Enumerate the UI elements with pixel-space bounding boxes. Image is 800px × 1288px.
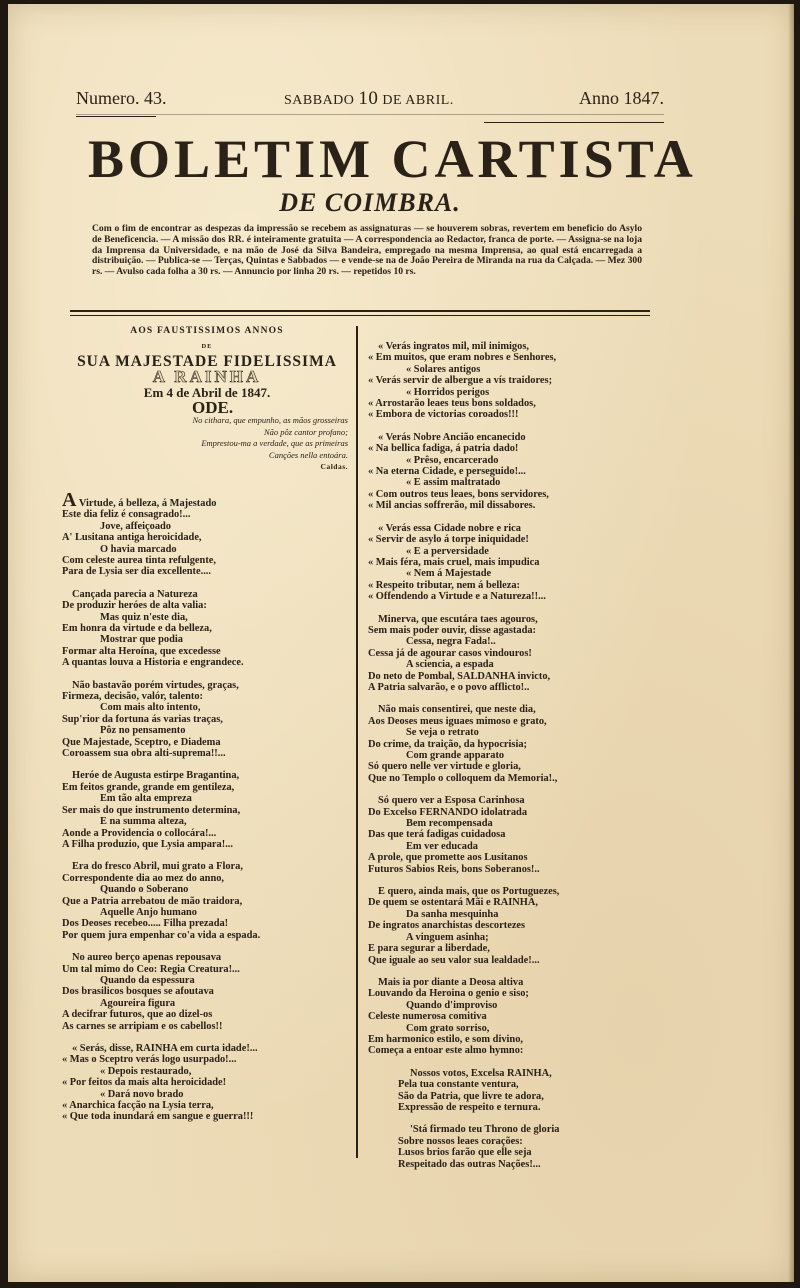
poem-line: Sobre nossos leaes corações: <box>398 1136 658 1147</box>
poem-line: A Filha produzio, que Lysia ampara!... <box>62 839 352 850</box>
poem-line: Mostrar que podia <box>62 634 352 645</box>
poem-line: Mais ia por diante a Deosa altiva <box>368 977 658 988</box>
poem-line: Não mais consentirei, que neste dia, <box>368 704 658 715</box>
poem-stanza: Heróe de Augusta estirpe Bragantina,Em f… <box>62 770 352 850</box>
poem-line: Se veja o retrato <box>368 727 658 738</box>
poem-left-stanzas: A Virtude, á belleza, á MajestadoEste di… <box>62 493 352 1123</box>
poem-stanza: « Verás ingratos mil, mil inimigos,« Em … <box>368 341 658 421</box>
poem-stanza: A Virtude, á belleza, á MajestadoEste di… <box>62 493 352 578</box>
issue-number: Numero. 43. <box>76 88 166 109</box>
poem-line: « Embora de victorias coroados!!! <box>368 409 658 420</box>
article-heading-line2: DE <box>62 341 352 352</box>
issue-date-day: 10 <box>358 88 378 109</box>
poem-line: Aquelle Anjo humano <box>62 907 352 918</box>
poem-line: Louvando da Heroina o genio e siso; <box>368 988 658 999</box>
poem-line: Em ver educada <box>368 841 658 852</box>
poem-line: A Patria salvarão, e o povo afflicto!.. <box>368 682 658 693</box>
masthead-info-row: Numero. 43. SABBADO 10 DE ABRIL. Anno 18… <box>76 88 664 112</box>
epigraph-line: Emprestou-ma a verdade, que as primeiras <box>62 438 348 450</box>
poem-line: Pela tua constante ventura, <box>398 1079 658 1090</box>
poem-line: Coroassem sua obra alti-suprema!!... <box>62 748 352 759</box>
poem-line: E quero, ainda mais, que os Portuguezes, <box>368 886 658 897</box>
poem-line: De quem se ostentará Mãi e RAINHA, <box>368 897 658 908</box>
poem-line: Sem mais poder ouvir, disse agastada: <box>368 625 658 636</box>
poem-stanza: Era do fresco Abril, mui grato a Flora,C… <box>62 861 352 941</box>
poem-line: « Offendendo a Virtude e a Natureza!!... <box>368 591 658 602</box>
poem-line: Das que terá fadigas cuidadosa <box>368 829 658 840</box>
poem-line: « Verás servir de albergue a vís traidor… <box>368 375 658 386</box>
poem-stanza: Minerva, que escutára taes agouros,Sem m… <box>368 614 658 694</box>
poem-line: Aonde a Providencia o collocára!... <box>62 828 352 839</box>
poem-line: Começa a entoar este almo hymno: <box>368 1045 658 1056</box>
poem-line: « Mais féra, mais cruel, mais impudica <box>368 557 658 568</box>
poem-line: A vinguem asinha; <box>368 932 658 943</box>
poem-stanza: Não bastavão porém virtudes, graças,Firm… <box>62 680 352 760</box>
poem-line: E para segurar a liberdade, <box>368 943 658 954</box>
poem-line: Cessa já de agourar casos vindouros! <box>368 648 658 659</box>
poem-line: Quando da espessura <box>62 975 352 986</box>
column-left: AOS FAUSTISSIMOS ANNOS DE SUA MAJESTADE … <box>62 326 352 1123</box>
poem-line: Um tal mimo do Ceo: Regia Creatura!... <box>62 964 352 975</box>
poem-line: Firmeza, decisão, valór, talento: <box>62 691 352 702</box>
page-edge-shadow <box>788 4 794 1282</box>
poem-line: Com mais alto intento, <box>62 702 352 713</box>
epigraph-line: No cithara, que empunho, as mãos grossei… <box>62 415 348 427</box>
subscription-notice-text: Com o fim de encontrar as despezas da im… <box>92 224 642 278</box>
poem-line: Em harmonico estilo, e som divino, <box>368 1034 658 1045</box>
poem-line: Que a Patria arrebatou de mão traidora, <box>62 896 352 907</box>
poem-line: A decifrar futuros, que ao dizel-os <box>62 1009 352 1020</box>
poem-line: « Arrostarão leaes teus bons soldados, <box>368 398 658 409</box>
poem-line: Em honra da virtude e da belleza, <box>62 623 352 634</box>
column-separator <box>356 326 358 1158</box>
poem-line: O havia marcado <box>62 544 352 555</box>
poem-line: « Verás ingratos mil, mil inimigos, <box>368 341 658 352</box>
poem-line: Dos Deoses recebeo..... Filha prezada! <box>62 918 352 929</box>
poem-line: Que iguale ao seu valor sua lealdade!... <box>368 955 658 966</box>
epigraph-line: Não pôz cantor profano; <box>62 427 348 439</box>
poem-line: São da Patria, que livre te adora, <box>398 1091 658 1102</box>
poem-line: Correspondente dia ao mez do anno, <box>62 873 352 884</box>
poem-line: « Por feitos da mais alta heroicidade! <box>62 1077 352 1088</box>
poem-line: Este dia feliz é consagrado!... <box>62 509 352 520</box>
poem-line: Lusos brios farão que elle seja <box>398 1147 658 1158</box>
poem-line: Com celeste aurea tinta refulgente, <box>62 555 352 566</box>
poem-line: « Dará novo brado <box>62 1089 352 1100</box>
poem-line: Em feitos grande, grande em gentileza, <box>62 782 352 793</box>
poem-line: « Na bellica fadiga, á patria dado! <box>368 443 658 454</box>
poem-line: As carnes se arripiam e os cabellos!! <box>62 1021 352 1032</box>
poem-line: Expressão de respeito e ternura. <box>398 1102 658 1113</box>
poem-line: « Solares antigos <box>368 364 658 375</box>
poem-line: Cessa, negra Fada!.. <box>368 636 658 647</box>
poem-stanza: 'Stá firmado teu Throno de gloriaSobre n… <box>398 1124 658 1170</box>
poem-line: Com grato sorriso, <box>368 1023 658 1034</box>
poem-line: Aos Deoses meus iguaes mimoso e grato, <box>368 716 658 727</box>
poem-line: « Prêso, encarcerado <box>368 455 658 466</box>
poem-line: Sup'rior da fortuna ás varias traças, <box>62 714 352 725</box>
poem-line: Futuros Sabios Reis, bons Soberanos!.. <box>368 864 658 875</box>
poem-line: Minerva, que escutára taes agouros, <box>368 614 658 625</box>
issue-date: SABBADO 10 DE ABRIL. <box>284 88 454 110</box>
poem-line: A quantas louva a Historia e engrandece. <box>62 657 352 668</box>
article-heading-date: Em 4 de Abril de 1847. <box>62 387 352 398</box>
poem-line: Ser mais do que instrumento determina, <box>62 805 352 816</box>
masthead-divider <box>76 114 664 115</box>
poem-line: De ingratos anarchistas descortezes <box>368 920 658 931</box>
poem-stanza: « Verás Nobre Ancião encanecido« Na bell… <box>368 432 658 512</box>
poem-line-text: Virtude, á belleza, á Majestado <box>76 498 216 509</box>
poem-line: Só quero nelle ver virtude e gloria, <box>368 761 658 772</box>
poem-line: Dos brasilicos bosques se afoutava <box>62 986 352 997</box>
newspaper-title: BOLETIM CARTISTA <box>88 128 648 190</box>
poem-line: « Respeito tributar, nem á belleza: <box>368 580 658 591</box>
poem-line: A' Lusitana antiga heroicidade, <box>62 532 352 543</box>
epigraph-author: Caldas. <box>62 461 348 473</box>
poem-line: Bem recompensada <box>368 818 658 829</box>
poem-line: No aureo berço apenas repousava <box>62 952 352 963</box>
poem-line: « Que toda inundará em sangue e guerra!!… <box>62 1111 352 1122</box>
poem-line: Que Majestade, Sceptro, e Diadema <box>62 737 352 748</box>
poem-stanza: « Verás essa Cidade nobre e rica« Servir… <box>368 523 658 603</box>
epigraph-line: Canções nella entoára. <box>62 450 348 462</box>
poem-line: A sciencia, a espada <box>368 659 658 670</box>
poem-line: A prole, que promette aos Lusitanos <box>368 852 658 863</box>
poem-line: Que no Templo o colloquem da Memoria!., <box>368 773 658 784</box>
masthead-rule-left <box>76 116 156 117</box>
poem-line: « Verás essa Cidade nobre e rica <box>368 523 658 534</box>
poem-line: 'Stá firmado teu Throno de gloria <box>398 1124 658 1135</box>
subscription-notice: Com o fim de encontrar as despezas da im… <box>92 224 642 278</box>
poem-stanza: Só quero ver a Esposa CarinhosaDo Excels… <box>368 795 658 875</box>
poem-line: Cançada parecia a Natureza <box>62 589 352 600</box>
poem-line: « Anarchica facção na Lysia terra, <box>62 1100 352 1111</box>
poem-line: Da sanha mesquinha <box>368 909 658 920</box>
issue-date-weekday: SABBADO <box>284 93 354 108</box>
poem-line: Pôz no pensamento <box>62 725 352 736</box>
poem-line: Do crime, da traição, da hypocrisia; <box>368 739 658 750</box>
column-right: « Verás ingratos mil, mil inimigos,« Em … <box>368 330 658 1170</box>
poem-line: Só quero ver a Esposa Carinhosa <box>368 795 658 806</box>
poem-line: « Mas o Sceptro verás logo usurpado!... <box>62 1054 352 1065</box>
newspaper-subtitle: DE COIMBRA. <box>0 188 740 218</box>
poem-right-stanzas: « Verás ingratos mil, mil inimigos,« Em … <box>368 341 658 1057</box>
poem-line: « Em muitos, que eram nobres e Senhores, <box>368 352 658 363</box>
poem-line: Agoureira figura <box>62 998 352 1009</box>
poem-line: Por quem jura empenhar co'a vida a espad… <box>62 930 352 941</box>
poem-stanza: E quero, ainda mais, que os Portuguezes,… <box>368 886 658 966</box>
poem-line: « Com outros teus leaes, bons servidores… <box>368 489 658 500</box>
article-heading-line1: AOS FAUSTISSIMOS ANNOS <box>62 326 352 337</box>
poem-line: Quando o Soberano <box>62 884 352 895</box>
poem-stanza: No aureo berço apenas repousavaUm tal mi… <box>62 952 352 1032</box>
poem-line: Era do fresco Abril, mui grato a Flora, <box>62 861 352 872</box>
poem-line: « Nem á Majestade <box>368 568 658 579</box>
ode-title: ODE. <box>62 402 352 413</box>
header-double-rule <box>70 310 650 316</box>
poem-line: Mas quiz n'este dia, <box>62 612 352 623</box>
poem-stanza: Não mais consentirei, que neste dia,Aos … <box>368 704 658 784</box>
poem-line: « Verás Nobre Ancião encanecido <box>368 432 658 443</box>
poem-line: « Na eterna Cidade, e perseguido!... <box>368 466 658 477</box>
poem-line: Nossos votos, Excelsa RAINHA, <box>398 1068 658 1079</box>
poem-line: Jove, affeiçoado <box>62 521 352 532</box>
poem-line: « E a perversidade <box>368 546 658 557</box>
poem-stanza: Cançada parecia a NaturezaDe produzir he… <box>62 589 352 669</box>
poem-line: Não bastavão porém virtudes, graças, <box>62 680 352 691</box>
poem-line: Do neto de Pombal, SALDANHA invicto, <box>368 671 658 682</box>
poem-line: Com grande apparato <box>368 750 658 761</box>
poem-stanza: Nossos votos, Excelsa RAINHA,Pela tua co… <box>398 1068 658 1114</box>
poem-line: Respeitado das outras Nações!... <box>398 1159 658 1170</box>
poem-line: « Mil ancias soffrerão, mil dissabores. <box>368 500 658 511</box>
poem-line: Heróe de Augusta estirpe Bragantina, <box>62 770 352 781</box>
poem-line: Para de Lysia ser dia excellente.... <box>62 566 352 577</box>
issue-date-month: DE ABRIL. <box>382 93 453 108</box>
poem-line: « Serás, disse, RAINHA em curta idade!..… <box>62 1043 352 1054</box>
poem-line: Celeste numerosa comitiva <box>368 1011 658 1022</box>
poem-line: E na summa alteza, <box>62 816 352 827</box>
poem-line: A Virtude, á belleza, á Majestado <box>62 493 352 509</box>
poem-line: « Servir de asylo á torpe iniquidade! <box>368 534 658 545</box>
poem-line: « E assim maltratado <box>368 477 658 488</box>
poem-stanza: Mais ia por diante a Deosa altivaLouvand… <box>368 977 658 1057</box>
poem-line: Do Excelso FERNANDO idolatrada <box>368 807 658 818</box>
poem-line: « Horridos perigos <box>368 387 658 398</box>
article-heading-line3: SUA MAJESTADE FIDELISSIMA <box>62 356 352 367</box>
poem-line: « Depois restaurado, <box>62 1066 352 1077</box>
issue-year: Anno 1847. <box>579 88 664 109</box>
drop-cap: A <box>62 489 76 511</box>
poem-stanza: « Serás, disse, RAINHA em curta idade!..… <box>62 1043 352 1123</box>
poem-line: Formar alta Heroína, que excedesse <box>62 646 352 657</box>
poem-line: Em tão alta empreza <box>62 793 352 804</box>
article-heading-line4: A RAINHA <box>62 371 352 382</box>
masthead-rule-right <box>484 122 664 123</box>
poem-line: Quando d'improviso <box>368 1000 658 1011</box>
epigraph: No cithara, que empunho, as mãos grossei… <box>62 415 352 473</box>
poem-line: De produzir heróes de alta valia: <box>62 600 352 611</box>
hymn-stanzas: Nossos votos, Excelsa RAINHA,Pela tua co… <box>368 1068 658 1170</box>
